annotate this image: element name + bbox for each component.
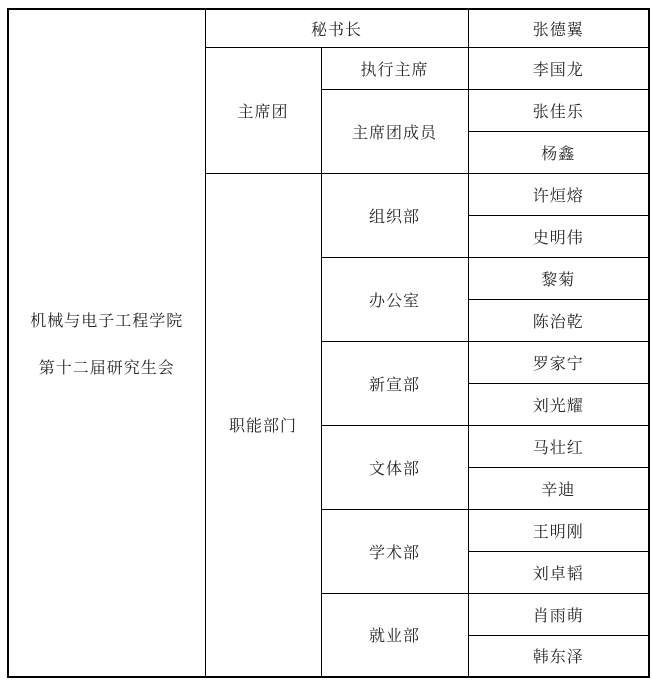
presidium-members-title-cell: 主席团成员 [321,89,468,173]
member-name-cell: 王明刚 [468,509,649,551]
member-name-cell: 许烜熔 [468,173,649,215]
department-title-cell: 组织部 [321,173,468,257]
member-name-cell: 杨鑫 [468,131,649,173]
functional-departments-cell: 职能部门 [205,173,321,677]
member-name-cell: 陈治乾 [468,299,649,341]
department-title-cell: 文体部 [321,425,468,509]
executive-chair-title-cell: 执行主席 [321,47,468,89]
presidium-cell: 主席团 [205,47,321,173]
member-name-cell: 罗家宁 [468,341,649,383]
member-name-cell: 辛迪 [468,467,649,509]
member-name-cell: 张佳乐 [468,89,649,131]
department-title-cell: 办公室 [321,257,468,341]
org-name-line2: 第十二届研究生会 [9,355,205,378]
member-name-cell: 肖雨萌 [468,593,649,635]
department-title-cell: 学术部 [321,509,468,593]
member-name-cell: 韩东泽 [468,635,649,677]
secretary-title-cell: 秘书长 [205,9,468,47]
executive-chair-name-cell: 李国龙 [468,47,649,89]
member-name-cell: 刘卓韬 [468,551,649,593]
secretary-name-cell: 张德翼 [468,9,649,47]
member-name-cell: 马壮红 [468,425,649,467]
department-title-cell: 新宣部 [321,341,468,425]
member-name-cell: 黎菊 [468,257,649,299]
org-name-line1: 机械与电子工程学院 [9,308,205,331]
table-row: 机械与电子工程学院 第十二届研究生会 秘书长 张德翼 [8,9,649,47]
org-structure-table: 机械与电子工程学院 第十二届研究生会 秘书长 张德翼 主席团 执行主席 李国龙 … [7,8,650,678]
department-title-cell: 就业部 [321,593,468,677]
member-name-cell: 史明伟 [468,215,649,257]
org-name-cell: 机械与电子工程学院 第十二届研究生会 [8,9,205,677]
member-name-cell: 刘光耀 [468,383,649,425]
document-page: 机械与电子工程学院 第十二届研究生会 秘书长 张德翼 主席团 执行主席 李国龙 … [7,8,650,678]
